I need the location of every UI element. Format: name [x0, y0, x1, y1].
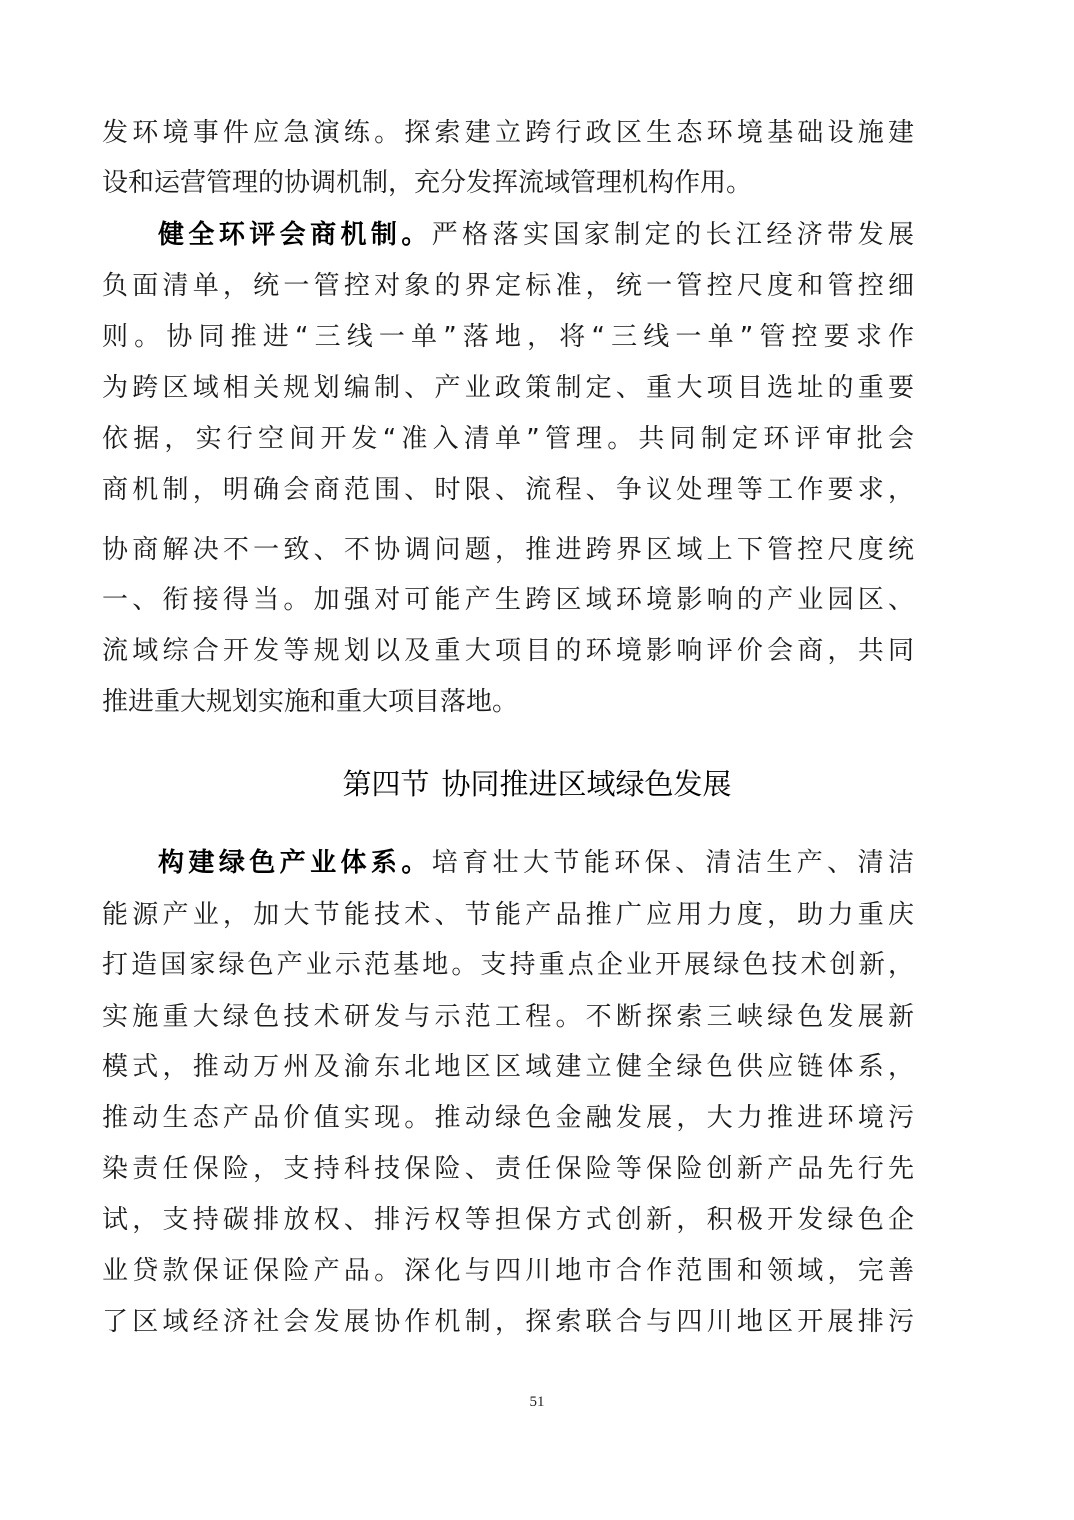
paragraph-lead-heading: 健全环评会商机制。 — [158, 220, 432, 250]
paragraph-line: 推动生态产品价值实现。推动绿色金融发展，大力推进环境污 — [102, 1098, 914, 1138]
paragraph-line: 为跨区域相关规划编制、产业政策制定、重大项目选址的重要 — [102, 368, 914, 408]
paragraph-line: 能源产业，加大节能技术、节能产品推广应用力度，助力重庆 — [102, 895, 914, 935]
paragraph-line: 协商解决不一致、不协调问题，推进跨界区域上下管控尺度统 — [102, 530, 914, 570]
paragraph-line: 一、衔接得当。加强对可能产生跨区域环境影响的产业园区、 — [102, 580, 914, 620]
paragraph-lead-heading: 构建绿色产业体系。 — [158, 848, 432, 878]
paragraph-line: 设和运营管理的协调机制，充分发挥流域管理机构作用。 — [102, 163, 914, 203]
paragraph-first-line: 构建绿色产业体系。培育壮大节能环保、清洁生产、清洁 — [158, 843, 914, 883]
paragraph-first-line: 健全环评会商机制。严格落实国家制定的长江经济带发展 — [158, 215, 914, 255]
paragraph-text: 培育壮大节能环保、清洁生产、清洁 — [432, 848, 914, 878]
paragraph-line: 实施重大绿色技术研发与示范工程。不断探索三峡绿色发展新 — [102, 997, 914, 1037]
paragraph-line: 负面清单，统一管控对象的界定标准，统一管控尺度和管控细 — [102, 266, 914, 306]
paragraph-line: 了区域经济社会发展协作机制，探索联合与四川地区开展排污 — [102, 1302, 914, 1342]
paragraph-line: 流域综合开发等规划以及重大项目的环境影响评价会商，共同 — [102, 631, 914, 671]
section-number: 第四节 — [342, 767, 429, 801]
paragraph-line: 则。协同推进“三线一单”落地，将“三线一单”管控要求作 — [102, 317, 914, 357]
section-title: 协同推进区域绿色发展 — [442, 767, 732, 801]
section-heading: 第四节协同推进区域绿色发展 — [0, 760, 1074, 808]
paragraph-line: 染责任保险，支持科技保险、责任保险等保险创新产品先行先 — [102, 1149, 914, 1189]
paragraph-line: 发环境事件应急演练。探索建立跨行政区生态环境基础设施建 — [102, 113, 914, 153]
paragraph-line: 模式，推动万州及渝东北地区区域建立健全绿色供应链体系， — [102, 1047, 914, 1087]
paragraph-line: 推进重大规划实施和重大项目落地。 — [102, 682, 914, 722]
paragraph-text: 严格落实国家制定的长江经济带发展 — [432, 220, 914, 250]
paragraph-line: 商机制，明确会商范围、时限、流程、争议处理等工作要求， — [102, 470, 914, 510]
paragraph-line: 打造国家绿色产业示范基地。支持重点企业开展绿色技术创新， — [102, 945, 914, 985]
paragraph-line: 依据，实行空间开发“准入清单”管理。共同制定环评审批会 — [102, 419, 914, 459]
document-page: 发环境事件应急演练。探索建立跨行政区生态环境基础设施建 设和运营管理的协调机制，… — [0, 0, 1074, 1520]
paragraph-line: 业贷款保证保险产品。深化与四川地市合作范围和领域，完善 — [102, 1251, 914, 1291]
page-number: 51 — [0, 1394, 1074, 1411]
paragraph-line: 试，支持碳排放权、排污权等担保方式创新，积极开发绿色企 — [102, 1200, 914, 1240]
